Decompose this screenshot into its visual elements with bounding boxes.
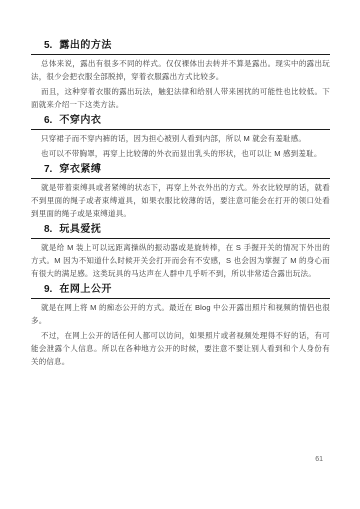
- section-title: 在网上公开: [59, 284, 112, 295]
- section-number: 8.: [44, 224, 52, 236]
- page-number: 61: [315, 456, 323, 463]
- section-number: 6.: [44, 115, 52, 127]
- section-title: 玩具爱抚: [59, 224, 101, 235]
- section-clothed-binding: 7.穿衣紧缚 就是带着束缚具或者紧缚的状态下，再穿上外衣外出的方式。外衣比较厚的…: [31, 164, 330, 220]
- section-title: 露出的方法: [59, 40, 112, 51]
- paragraph: 不过，在网上公开的话任何人都可以访问，如果照片或者视频处理得不好的话，有可能会泄…: [31, 329, 330, 368]
- document-page: 5.露出的方法 总体来说，露出有很多不同的样式。仅仅裸体出去转并不算是露出。现实…: [0, 0, 360, 509]
- section-heading: 9.在网上公开: [31, 284, 330, 299]
- paragraph: 也可以不带胸罩，再穿上比较薄的外衣而显出乳头的形状，也可以让 M 感到羞耻。: [31, 147, 330, 160]
- section-heading: 5.露出的方法: [31, 40, 330, 55]
- section-number: 7.: [44, 164, 52, 176]
- section-heading: 7.穿衣紧缚: [31, 164, 330, 179]
- section-exposure-methods: 5.露出的方法 总体来说，露出有很多不同的样式。仅仅裸体出去转并不算是露出。现实…: [31, 40, 330, 111]
- section-publish-online: 9.在网上公开 就是在网上将 M 的痴态公开的方式。最近在 Blog 中公开露出…: [31, 284, 330, 368]
- paragraph: 总体来说，露出有很多不同的样式。仅仅裸体出去转并不算是露出。现实中的露出玩法，很…: [31, 57, 330, 83]
- paragraph: 就是给 M 装上可以远距离操纵的振动器或是旋转棒，在 S 手握开关的情况下外出的…: [31, 241, 330, 280]
- section-title: 穿衣紧缚: [59, 164, 101, 175]
- section-heading: 6.不穿内衣: [31, 115, 330, 130]
- section-number: 9.: [44, 284, 52, 296]
- paragraph: 就是带着束缚具或者紧缚的状态下，再穿上外衣外出的方式。外衣比较厚的话，就看不到里…: [31, 181, 330, 220]
- section-toy-caress: 8.玩具爱抚 就是给 M 装上可以远距离操纵的振动器或是旋转棒，在 S 手握开关…: [31, 224, 330, 280]
- paragraph: 只穿裙子而不穿内裤的话，因为担心被别人看到内部，所以 M 就会有羞耻感。: [31, 132, 330, 145]
- section-no-underwear: 6.不穿内衣 只穿裙子而不穿内裤的话，因为担心被别人看到内部，所以 M 就会有羞…: [31, 115, 330, 160]
- section-number: 5.: [44, 40, 52, 52]
- section-title: 不穿内衣: [59, 115, 101, 126]
- paragraph: 而且，这种穿着衣服的露出玩法，触犯法律和给别人带来困扰的可能性也比较低。下面就来…: [31, 85, 330, 111]
- section-heading: 8.玩具爱抚: [31, 224, 330, 239]
- paragraph: 就是在网上将 M 的痴态公开的方式。最近在 Blog 中公开露出照片和视频的情侣…: [31, 301, 330, 327]
